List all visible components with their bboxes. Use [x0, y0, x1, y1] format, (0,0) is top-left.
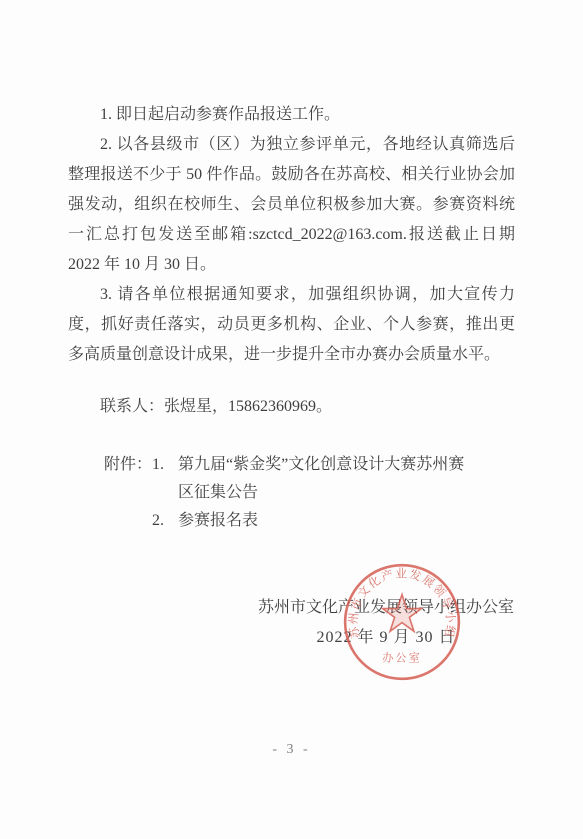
attachment-item: 2. 参赛报名表	[152, 507, 470, 535]
attachments-list: 1. 第九届“紫金奖”文化创意设计大赛苏州赛区征集公告 2. 参赛报名表	[152, 451, 470, 535]
paragraph-2: 2. 以各县级市（区）为独立参评单元，各地经认真筛选后整理报送不少于 50 件作…	[68, 130, 515, 280]
signature-block: 苏州市文化产业发展领导小组办公室 2022 年 9 月 30 日	[257, 593, 515, 653]
contact-line: 联系人：张煜星，15862360969。	[68, 392, 515, 422]
attachment-number: 1.	[152, 451, 178, 507]
signature-organization: 苏州市文化产业发展领导小组办公室	[257, 593, 515, 623]
attachments-label: 附件：	[104, 451, 152, 535]
paragraph-3: 3. 请各单位根据通知要求，加强组织协调，加大宣传力度，抓好责任落实，动员更多机…	[68, 280, 515, 370]
document-page: 1. 即日起启动参赛作品报送工作。 2. 以各县级市（区）为独立参评单元，各地经…	[0, 0, 583, 839]
attachment-number: 2.	[152, 507, 178, 535]
attachment-item: 1. 第九届“紫金奖”文化创意设计大赛苏州赛区征集公告	[152, 451, 470, 507]
attachment-title: 参赛报名表	[178, 507, 470, 535]
attachments-block: 附件： 1. 第九届“紫金奖”文化创意设计大赛苏州赛区征集公告 2. 参赛报名表	[68, 451, 515, 535]
page-number: - 3 -	[0, 742, 583, 758]
attachment-title: 第九届“紫金奖”文化创意设计大赛苏州赛区征集公告	[178, 451, 470, 507]
paragraph-1: 1. 即日起启动参赛作品报送工作。	[68, 100, 515, 130]
signature-date: 2022 年 9 月 30 日	[257, 623, 515, 653]
document-body: 1. 即日起启动参赛作品报送工作。 2. 以各县级市（区）为独立参评单元，各地经…	[68, 100, 515, 653]
